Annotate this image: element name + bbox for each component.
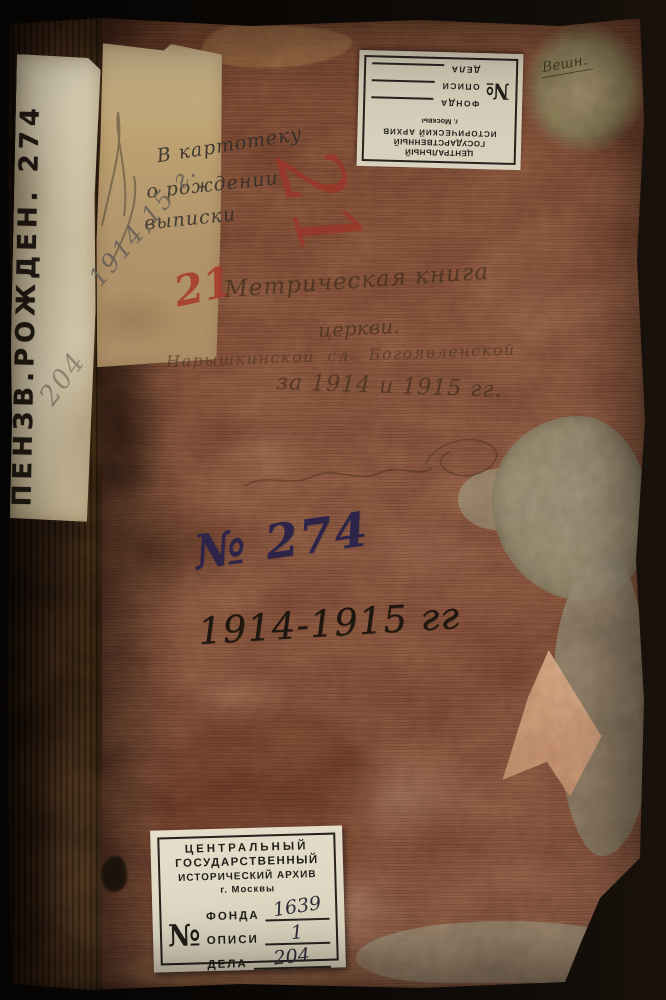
stamp-row-value: 1 xyxy=(264,923,330,946)
stamp-row-label: ОПИСИ xyxy=(441,81,480,92)
stamp-no-sign: № xyxy=(168,918,208,954)
stamp-row-blank xyxy=(371,96,434,116)
stamp-row-fonda: ФОНДА xyxy=(371,96,479,116)
ink-blot xyxy=(101,856,127,892)
spine-label-strip: ПЕНЗВ.РОЖДЕН. 274 204 xyxy=(7,54,101,522)
stamp-row-label: ФОНДА xyxy=(439,98,479,109)
stamp-row-value: 204 xyxy=(253,947,331,970)
stamp-row-dela: ДЕЛА xyxy=(372,62,480,82)
inscription-line-2: церкви. xyxy=(317,314,400,342)
stamp-row-opisi: ОПИСИ xyxy=(371,79,479,99)
stamp-row-blank xyxy=(371,79,435,99)
stamp-row-dela: ДЕЛА 204 xyxy=(207,944,331,971)
photo-background: { "spine_label": { "text": "ПЕНЗВ.РОЖДЕН… xyxy=(0,0,666,1000)
stamp-row-label: ДЕЛА xyxy=(207,958,248,971)
archive-stamp-top-border: ЦЕНТРАЛЬНЫЙ ГОСУДАРСТВЕННЫЙ ИСТОРИЧЕСКИЙ… xyxy=(362,55,519,165)
stamp-row-blank xyxy=(372,62,445,82)
stamp-row-opisi: ОПИСИ 1 xyxy=(206,920,330,947)
archive-stamp-top: ЦЕНТРАЛЬНЫЙ ГОСУДАРСТВЕННЫЙ ИСТОРИЧЕСКИЙ… xyxy=(357,50,524,170)
stamp-no-sign: № xyxy=(479,77,510,104)
stamp-row-fonda: ФОНДА 1639 xyxy=(206,896,330,923)
stamp-header-line: ЦЕНТРАЛЬНЫЙ ГОСУДАРСТВЕННЫЙ xyxy=(370,135,508,159)
stamp-row-value: 1639 xyxy=(265,899,329,922)
archive-stamp-bottom: ЦЕНТРАЛЬНЫЙ ГОСУДАРСТВЕННЫЙ ИСТОРИЧЕСКИЙ… xyxy=(150,825,346,972)
stamp-row-label: ДЕЛА xyxy=(450,64,480,75)
book-cover: ПЕНЗВ.РОЖДЕН. 274 204 В картотеку о рожд… xyxy=(6,16,648,990)
spine-pencil-number: 204 xyxy=(33,346,92,411)
archive-stamp-bottom-border: ЦЕНТРАЛЬНЫЙ ГОСУДАРСТВЕННЫЙ ИСТОРИЧЕСКИЙ… xyxy=(157,833,339,966)
